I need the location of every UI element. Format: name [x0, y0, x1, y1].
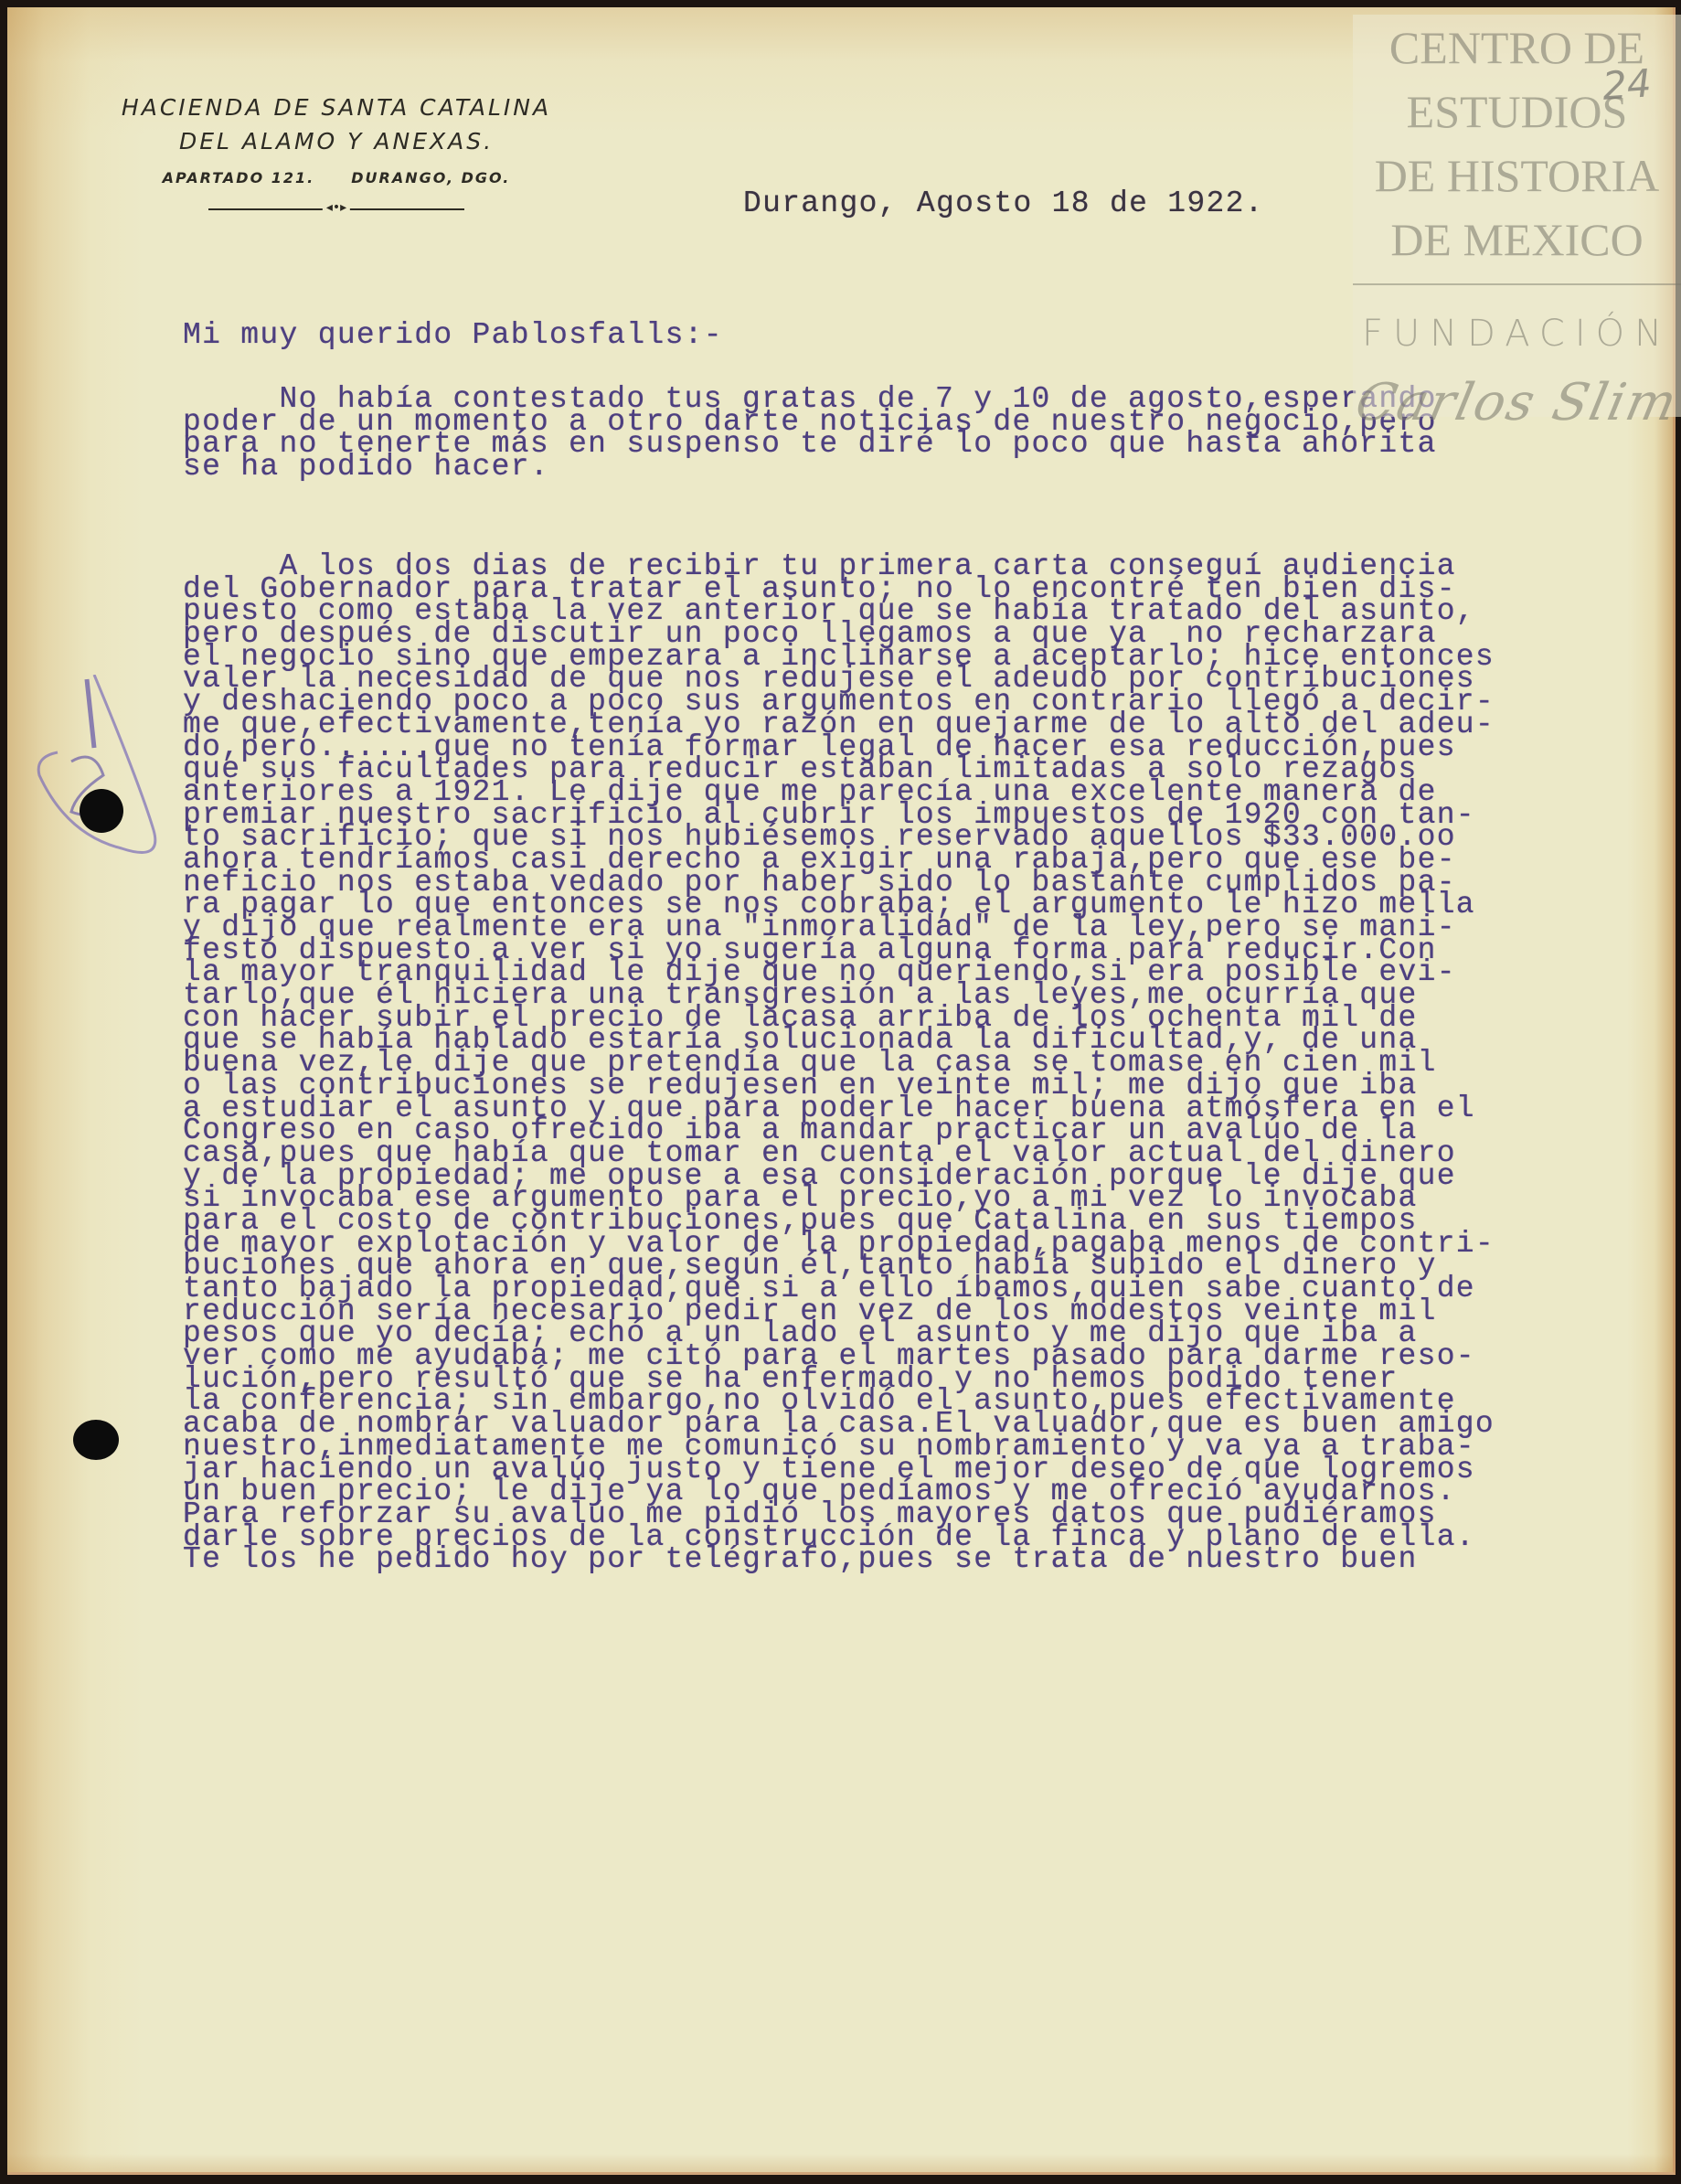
watermark-line: ESTUDIOS: [1353, 79, 1681, 143]
letterhead-title: HACIENDA DE SANTA CATALINA: [80, 94, 592, 121]
watermark-fundacion: FUNDACIÓN: [1353, 313, 1681, 355]
text-line: Te los he pedido hoy por telégrafo,pues …: [183, 1549, 1554, 1571]
watermark-divider: [1353, 283, 1681, 285]
letterhead-city: DURANGO, DGO.: [351, 169, 510, 186]
archive-watermark: CENTRO DE ESTUDIOS DE HISTORIA DE MEXICO…: [1353, 15, 1681, 417]
punch-hole: [80, 789, 123, 833]
paragraph-1: No había contestado tus gratas de 7 y 10…: [183, 389, 1554, 479]
watermark-line: DE HISTORIA: [1353, 143, 1681, 207]
letterhead-subtitle: DEL ALAMO Y ANEXAS.: [80, 128, 592, 154]
ornament-icon: ◂•▸: [323, 200, 350, 215]
letterhead-address: APARTADO 121. DURANGO, DGO.: [80, 169, 592, 186]
punch-hole: [73, 1420, 119, 1460]
letterhead: HACIENDA DE SANTA CATALINA DEL ALAMO Y A…: [80, 94, 592, 214]
letter-date: Durango, Agosto 18 de 1922.: [743, 186, 1264, 220]
watermark-line: CENTRO DE: [1353, 15, 1681, 79]
watermark-signature: Carlos Slim: [1346, 373, 1681, 432]
paragraph-2: A los dos dias de recibir tu primera car…: [183, 556, 1554, 1571]
watermark-line: DE MEXICO: [1353, 207, 1681, 271]
letter-page: HACIENDA DE SANTA CATALINA DEL ALAMO Y A…: [7, 7, 1676, 2175]
letterhead-po-box: APARTADO 121.: [163, 169, 315, 186]
salutation: Mi muy querido Pablosfalls:-: [183, 318, 723, 352]
letterhead-divider: ◂•▸: [208, 205, 464, 214]
